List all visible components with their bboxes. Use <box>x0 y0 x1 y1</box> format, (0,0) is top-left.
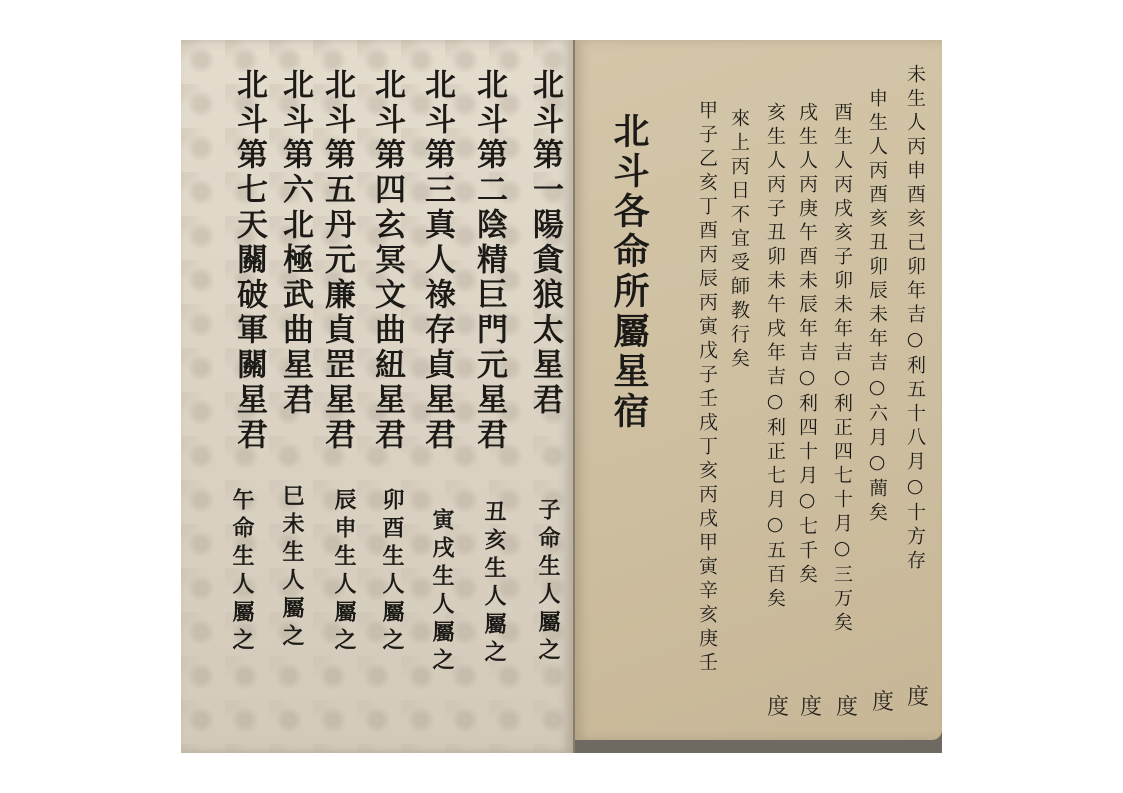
star-lord-4: 北斗第四玄冥文曲紐星君 <box>371 68 402 453</box>
text-line-7: 甲子乙亥丁酉丙辰丙寅戊子壬戌丁亥丙戌甲寅辛亥庚壬 <box>697 100 716 676</box>
star-lord-1: 北斗第一陽貪狼太星君 <box>529 68 560 418</box>
birth-sign-4: 卯酉生人屬之 <box>381 488 403 656</box>
star-lord-6: 北斗第六北極武曲星君 <box>279 68 310 418</box>
left-page: 北斗第一陽貪狼太星君 北斗第二陰精巨門元星君 北斗第三真人祿存貞星君 北斗第四玄… <box>181 40 575 753</box>
birth-sign-3: 寅戌生人屬之 <box>431 508 453 676</box>
text-line-1: 未生人丙申酉亥己卯年吉○利五十八月○十方存 <box>905 64 924 574</box>
footer-mark-2: 度 <box>872 685 894 716</box>
footer-mark-3: 度 <box>836 690 858 721</box>
text-line-2: 申生人丙酉亥丑卯辰未年吉○六月○蕳矣 <box>867 88 886 526</box>
right-page: 北斗各命所屬星宿 未生人丙申酉亥己卯年吉○利五十八月○十方存 申生人丙酉亥丑卯辰… <box>575 40 942 740</box>
footer-mark-4: 度 <box>800 690 822 721</box>
open-book: 北斗第一陽貪狼太星君 北斗第二陰精巨門元星君 北斗第三真人祿存貞星君 北斗第四玄… <box>181 40 942 753</box>
birth-sign-6: 巳未生人屬之 <box>281 484 303 652</box>
star-lord-3: 北斗第三真人祿存貞星君 <box>421 68 452 453</box>
footer-mark-5: 度 <box>767 690 789 721</box>
text-line-6: 來上丙日不宜受師教行矣 <box>729 108 748 372</box>
birth-sign-1: 子命生人屬之 <box>537 498 559 666</box>
text-line-3: 酉生人丙戌亥子卯未年吉○利正四七十月○三万矣 <box>832 102 851 636</box>
section-title: 北斗各命所屬星宿 <box>611 112 647 432</box>
text-line-5: 亥生人丙子丑卯未午戌年吉○利正七月○五百矣 <box>765 102 784 612</box>
birth-sign-7: 午命生人屬之 <box>231 488 253 656</box>
footer-mark-1: 度 <box>907 680 929 711</box>
birth-sign-2: 丑亥生人屬之 <box>483 500 505 668</box>
star-lord-2: 北斗第二陰精巨門元星君 <box>473 68 504 453</box>
star-lord-7: 北斗第七天關破軍關星君 <box>233 68 264 453</box>
star-lord-5: 北斗第五丹元廉貞罡星君 <box>321 68 352 453</box>
birth-sign-5: 辰申生人屬之 <box>333 488 355 656</box>
text-line-4: 戌生人丙庚午酉未辰年吉○利四十月○七千矣 <box>797 102 816 588</box>
